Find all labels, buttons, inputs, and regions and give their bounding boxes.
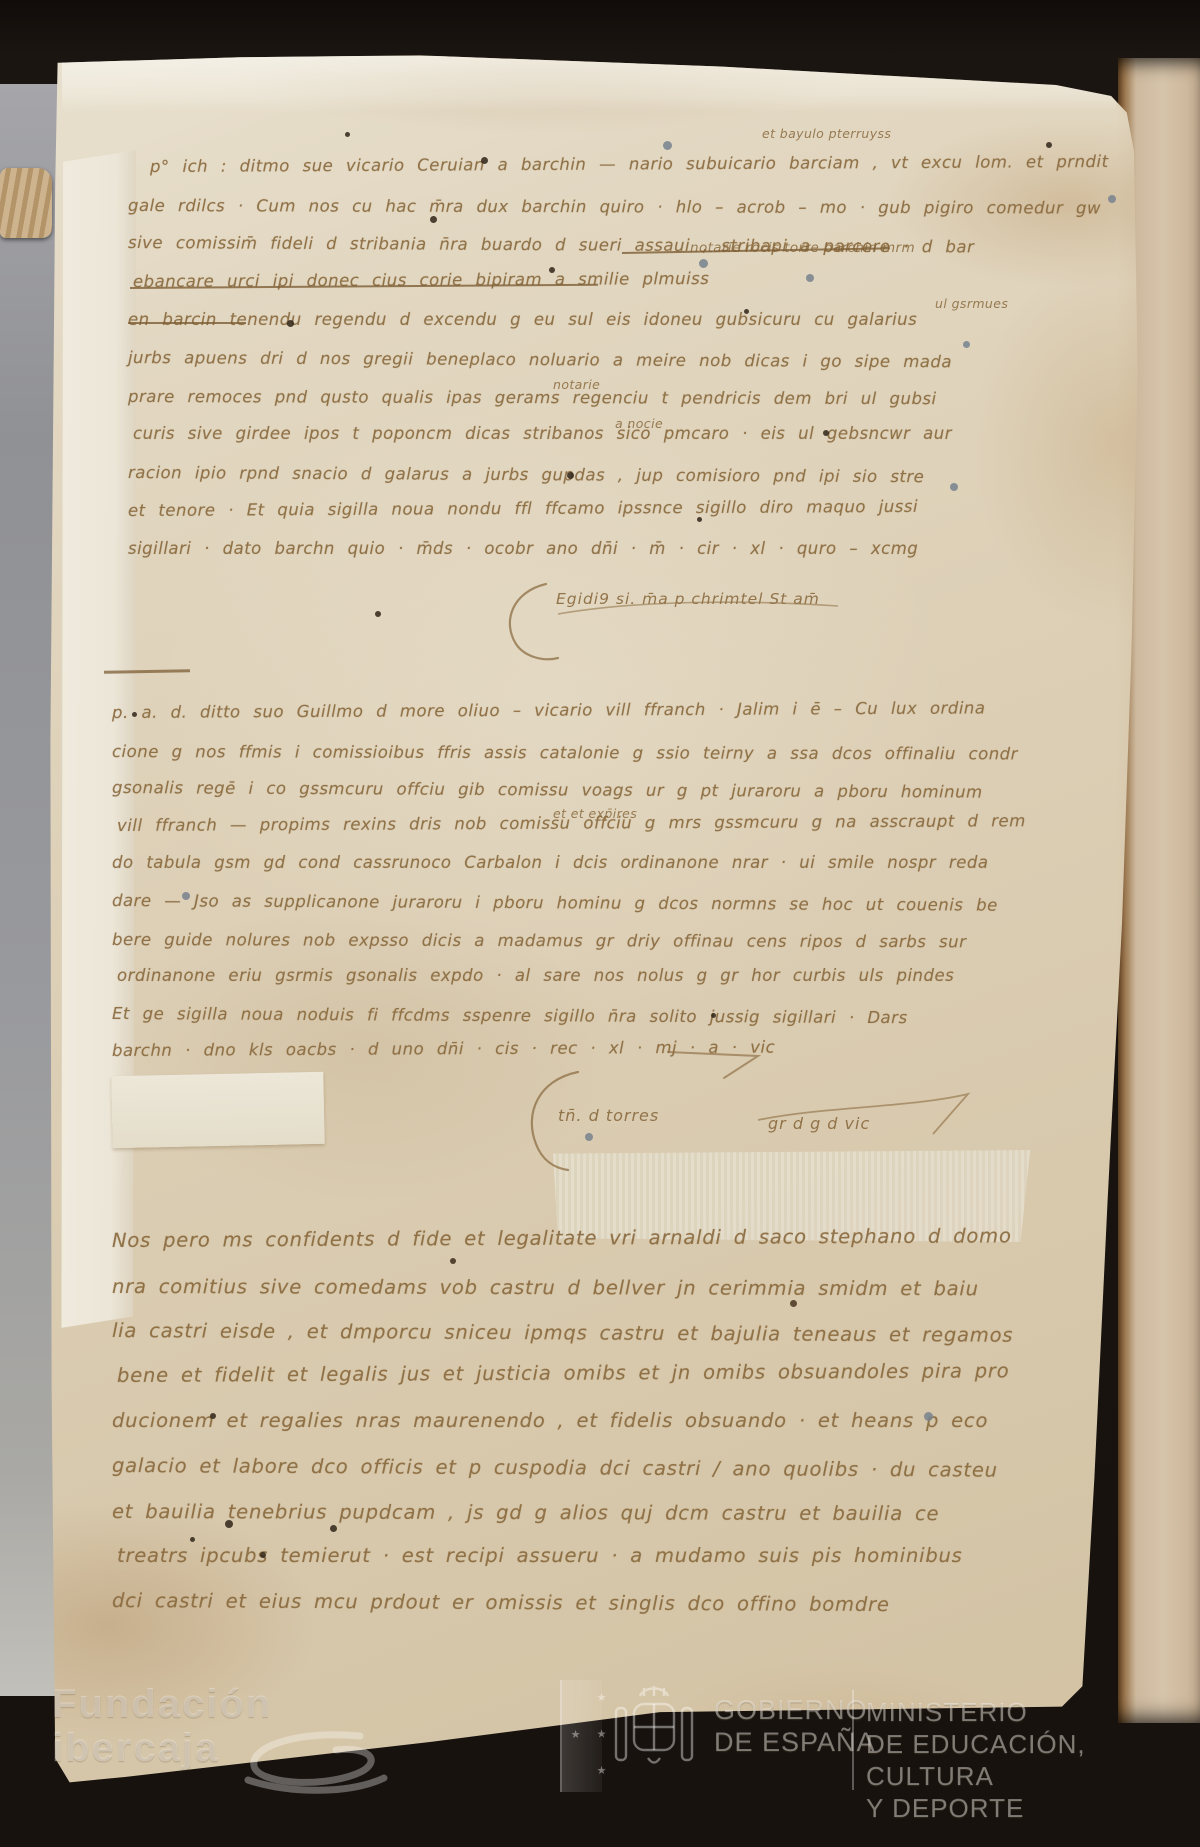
manuscript-line: gale rdilcs · Cum nos cu hac m̄ra dux ba… <box>128 187 1138 228</box>
manuscript-line: et bauilia tenebrius pupdcam , js gd g a… <box>112 1489 1012 1536</box>
ink-spot <box>330 1525 337 1532</box>
ink-spot <box>585 1133 593 1141</box>
ink-spot <box>924 1412 933 1421</box>
ink-spot <box>549 267 555 273</box>
strike-through <box>622 247 890 254</box>
manuscript-line: nra comitius sive comedams vob castru d … <box>112 1264 1012 1311</box>
ink-spot <box>481 157 488 164</box>
binding-thread <box>0 168 52 238</box>
manuscript-line: barchn · dno kls oacbs · d uno dn̄i · ci… <box>112 1027 1122 1070</box>
photo-stage: p° ich : ditmo sue vicario Ceruian a bar… <box>0 0 1200 1847</box>
manuscript-page: p° ich : ditmo sue vicario Ceruian a bar… <box>0 0 1200 1847</box>
signature-2: tn̄. d torres gr d g d vic <box>428 1050 988 1180</box>
text-block-3: Nos pero ms confidents d fide et legalit… <box>112 1218 1012 1623</box>
text-block-2: p. a. d. ditto suo Guillmo d more oliuo … <box>112 694 1122 1070</box>
manuscript-line: ebancare urci ipi donec cius corie bipir… <box>133 257 1138 300</box>
manuscript-line: dare — Jso as supplicanone juraroru i pb… <box>112 882 1122 925</box>
interlinear-note: notarie <box>553 377 600 392</box>
margin-rule <box>104 669 190 674</box>
signature-text: tn̄. d torres <box>558 1106 659 1125</box>
ink-spot <box>430 216 437 223</box>
ink-spot <box>287 320 294 327</box>
ink-spot <box>790 1300 797 1307</box>
ink-spot <box>190 1537 195 1542</box>
manuscript-line: prare remoces pnd qusto qualis ipas gera… <box>128 378 1138 419</box>
text-block-1: p° ich : ditmo sue vicario Ceruian a bar… <box>128 148 1138 568</box>
signature-flourish-icon <box>498 578 858 668</box>
ink-spot <box>806 274 814 282</box>
ink-spot <box>699 259 708 268</box>
manuscript-line: cione g nos ffmis i comissioibus ffris a… <box>112 733 1122 773</box>
manuscript-line: vill ffranch — propims rexins dris nob c… <box>117 802 1122 845</box>
manuscript-line: dci castri et eius mcu prdout er omissis… <box>112 1578 1012 1628</box>
ink-spot <box>950 483 958 491</box>
ink-spot <box>182 892 190 900</box>
ink-spot <box>345 132 350 137</box>
manuscript-line: p° ich : ditmo sue vicario Ceruian a bar… <box>150 143 1138 186</box>
manuscript-line: en barcin tenendu regendu d excendu g eu… <box>128 301 1138 339</box>
manuscript-line: sigillari · dato barchn quio · m̄ds · oc… <box>128 530 1138 568</box>
interlinear-note: notarie rocis torre barchin mrm <box>690 240 915 256</box>
repair-strip-left <box>57 150 139 1328</box>
manuscript-line: do tabula gsm gd cond cassrunoco Carbalo… <box>112 844 1122 882</box>
repair-patch-left <box>111 1072 324 1148</box>
interlinear-note: et bayulo pterruyss <box>762 126 891 141</box>
eu-flag-strip: ★ ★ ★ ★ <box>560 1680 602 1792</box>
manuscript-line: curis sive girdee ipos t poponcm dicas s… <box>133 415 1138 453</box>
ink-spot <box>963 341 970 348</box>
manuscript-line: Nos pero ms confidents d fide et legalit… <box>112 1213 1012 1263</box>
ink-spot <box>1046 142 1052 148</box>
manuscript-line: p. a. d. ditto suo Guillmo d more oliuo … <box>112 689 1122 732</box>
interlinear-note: ul gsrmues <box>935 296 1008 311</box>
manuscript-line: bere guide nolures nob expsso dicis a ma… <box>112 921 1122 961</box>
ink-spot <box>132 712 137 717</box>
manuscript-line: sive comissim̄ fideli d stribania n̄ra b… <box>128 224 1138 267</box>
interlinear-note: et et exp̄ires <box>553 806 637 821</box>
spain-coat-of-arms-icon <box>604 1678 704 1778</box>
manuscript-line: racion ipio rpnd snacio d galarus a jurb… <box>128 454 1138 497</box>
ink-spot <box>225 1520 233 1528</box>
ink-spot <box>823 430 829 436</box>
watermark-text: Y DEPORTE <box>866 1792 1200 1824</box>
watermark-separator <box>852 1690 854 1790</box>
manuscript-line: jurbs apuens dri d nos gregii beneplaco … <box>128 339 1138 382</box>
ink-spot <box>375 611 381 617</box>
ink-spot <box>663 141 672 150</box>
manuscript-line: lia castri eisde , et dmporcu sniceu ipm… <box>112 1308 1012 1358</box>
strike-through <box>130 284 598 289</box>
manuscript-line: bene et fidelit et legalis jus et justic… <box>117 1348 1012 1398</box>
interlinear-note: a nocie <box>615 416 663 431</box>
ink-spot <box>711 1013 716 1018</box>
manuscript-line: Et ge sigilla noua noduis fi ffcdms sspe… <box>112 995 1122 1038</box>
ink-spot <box>744 309 749 314</box>
ink-spot <box>697 517 702 522</box>
manuscript-line: gsonalis regē i co gssmcuru offciu gib c… <box>112 769 1122 812</box>
page-top-light-band <box>62 56 1116 112</box>
signature-text: gr d g d vic <box>768 1114 870 1133</box>
signature-1: Egidi9 si. m̄a p chrimtel St am̄ <box>498 578 858 668</box>
signature-flourish-icon <box>428 1050 988 1180</box>
manuscript-line: et tenore · Et quia sigilla noua nondu f… <box>128 486 1138 529</box>
manuscript-line: galacio et labore dco officis et p cuspo… <box>112 1443 1012 1493</box>
watermark-text: DE EDUCACIÓN, CULTURA <box>866 1728 1200 1792</box>
ink-spot <box>210 1413 216 1419</box>
ink-spot <box>1108 195 1116 203</box>
ink-spot <box>260 1552 266 1558</box>
repair-patch-bottom <box>553 1150 1035 1242</box>
signature-text: Egidi9 si. m̄a p chrimtel St am̄ <box>556 590 820 608</box>
manuscript-line: ordinanone eriu gsrmis gsonalis expdo · … <box>117 957 1122 995</box>
manuscript-line: ducionem et regalies nras maurenendo , e… <box>112 1398 1012 1443</box>
ink-spot <box>567 472 574 479</box>
ink-spot <box>450 1258 456 1264</box>
strike-through <box>128 322 246 324</box>
manuscript-line: treatrs ipcubs temierut · est recipi ass… <box>117 1533 1012 1578</box>
